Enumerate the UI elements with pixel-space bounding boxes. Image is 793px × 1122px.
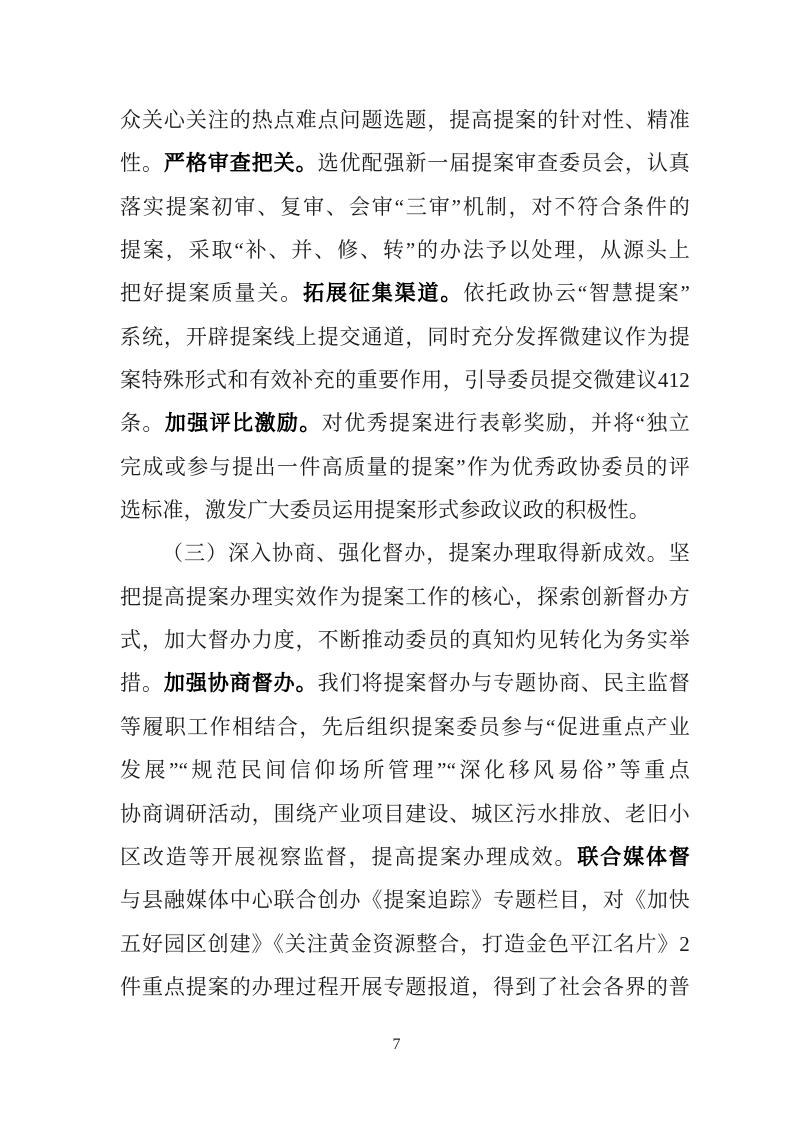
text-line: 协商调研活动，围绕产业项目建设、城区污水排放、老旧小: [120, 793, 690, 836]
text-run: 完成或参与提出一件高质量的提案”作为优秀政协委员的评: [120, 455, 690, 479]
text-block: 众关心关注的热点难点问题选题，提高提案的针对性、精准性。严格审查把关。选优配强新…: [120, 99, 690, 1009]
text-run: 对优秀提案进行表彰奖励，并将“独立: [322, 411, 690, 435]
text-line: （三）深入协商、强化督办，提案办理取得新成效。坚持: [120, 532, 690, 575]
text-line: 条。加强评比激励。对优秀提案进行表彰奖励，并将“独立: [120, 402, 690, 445]
bold-heading-run: 加强协商督办。: [164, 672, 318, 695]
text-line: 提案，采取“补、并、修、转”的办法予以处理，从源头上: [120, 229, 690, 272]
text-run: 把提高提案办理实效作为提案工作的核心，探索创新督办方: [120, 585, 690, 609]
text-run: 协商调研活动，围绕产业项目建设、城区污水排放、老旧小: [120, 802, 690, 826]
text-run: 选标准，激发广大委员运用提案形式参政议政的积极性。: [120, 498, 650, 522]
text-run: 落实提案初审、复审、会审“三审”机制，对不符合条件的: [120, 195, 690, 219]
bold-heading-run: 严格审查把关。: [164, 152, 318, 175]
text-run: 与县融媒体中心联合创办《提案追踪》专题栏目，对《加快: [120, 888, 690, 912]
text-run: 区改造等开展视察监督，提高提案办理成效。: [120, 845, 577, 869]
text-run: 条。: [120, 411, 165, 435]
text-run: 众关心关注的热点难点问题选题，提高提案的针对性、精准: [120, 108, 690, 132]
text-run: 我们将提案督办与专题协商、民主监督: [318, 671, 690, 695]
text-line: 案特殊形式和有效补充的重要作用，引导委员提交微建议412: [120, 359, 690, 402]
text-run: 把好提案质量关。: [120, 281, 303, 305]
text-line: 落实提案初审、复审、会审“三审”机制，对不符合条件的: [120, 186, 690, 229]
text-run: 措。: [120, 671, 164, 695]
text-line: 措。加强协商督办。我们将提案督办与专题协商、民主监督: [120, 662, 690, 705]
text-line: 把好提案质量关。拓展征集渠道。依托政协云“智慧提案”: [120, 272, 690, 315]
bold-heading-run: 加强评比激励。: [165, 412, 322, 435]
text-line: 完成或参与提出一件高质量的提案”作为优秀政协委员的评: [120, 446, 690, 489]
text-line: 性。严格审查把关。选优配强新一届提案审查委员会，认真: [120, 142, 690, 185]
text-line: 区改造等开展视察监督，提高提案办理成效。联合媒体督办。: [120, 836, 690, 879]
text-run: 案特殊形式和有效补充的重要作用，引导委员提交微建议412: [120, 368, 690, 392]
text-run: 发展”“规范民间信仰场所管理”“深化移风易俗”等重点: [120, 758, 690, 782]
bold-heading-run: 拓展征集渠道。: [303, 282, 463, 305]
text-line: 把提高提案办理实效作为提案工作的核心，探索创新督办方: [120, 576, 690, 619]
text-run: 选优配强新一届提案审查委员会，认真: [318, 151, 690, 175]
text-line: 五好园区创建》《关注黄金资源整合，打造金色平江名片》2: [120, 923, 690, 966]
text-line: 发展”“规范民间信仰场所管理”“深化移风易俗”等重点: [120, 749, 690, 792]
text-run: 式，加大督办力度，不断推动委员的真知灼见转化为务实举: [120, 628, 690, 652]
text-run: 提案，采取“补、并、修、转”的办法予以处理，从源头上: [120, 238, 690, 262]
text-line: 件重点提案的办理过程开展专题报道，得到了社会各界的普: [120, 966, 690, 1009]
text-run: 性。: [120, 151, 164, 175]
text-line: 等履职工作相结合，先后组织提案委员参与“促进重点产业: [120, 706, 690, 749]
text-line: 选标准，激发广大委员运用提案形式参政议政的积极性。: [120, 489, 690, 532]
text-run: 依托政协云“智慧提案”: [463, 281, 690, 305]
text-run: 等履职工作相结合，先后组织提案委员参与“促进重点产业: [120, 715, 690, 739]
text-line: 系统，开辟提案线上提交通道，同时充分发挥微建议作为提: [120, 316, 690, 359]
text-run: 件重点提案的办理过程开展专题报道，得到了社会各界的普: [120, 975, 690, 999]
document-page: 众关心关注的热点难点问题选题，提高提案的针对性、精准性。严格审查把关。选优配强新…: [0, 0, 793, 1122]
text-run: 系统，开辟提案线上提交通道，同时充分发挥微建议作为提: [120, 325, 690, 349]
text-run: （三）深入协商、强化督办，提案办理取得新成效。坚持: [120, 541, 690, 575]
text-line: 与县融媒体中心联合创办《提案追踪》专题栏目，对《加快: [120, 879, 690, 922]
text-run: 五好园区创建》《关注黄金资源整合，打造金色平江名片》2: [120, 932, 690, 956]
text-line: 式，加大督办力度，不断推动委员的真知灼见转化为务实举: [120, 619, 690, 662]
page-number: 7: [0, 1035, 793, 1055]
text-line: 众关心关注的热点难点问题选题，提高提案的针对性、精准: [120, 99, 690, 142]
